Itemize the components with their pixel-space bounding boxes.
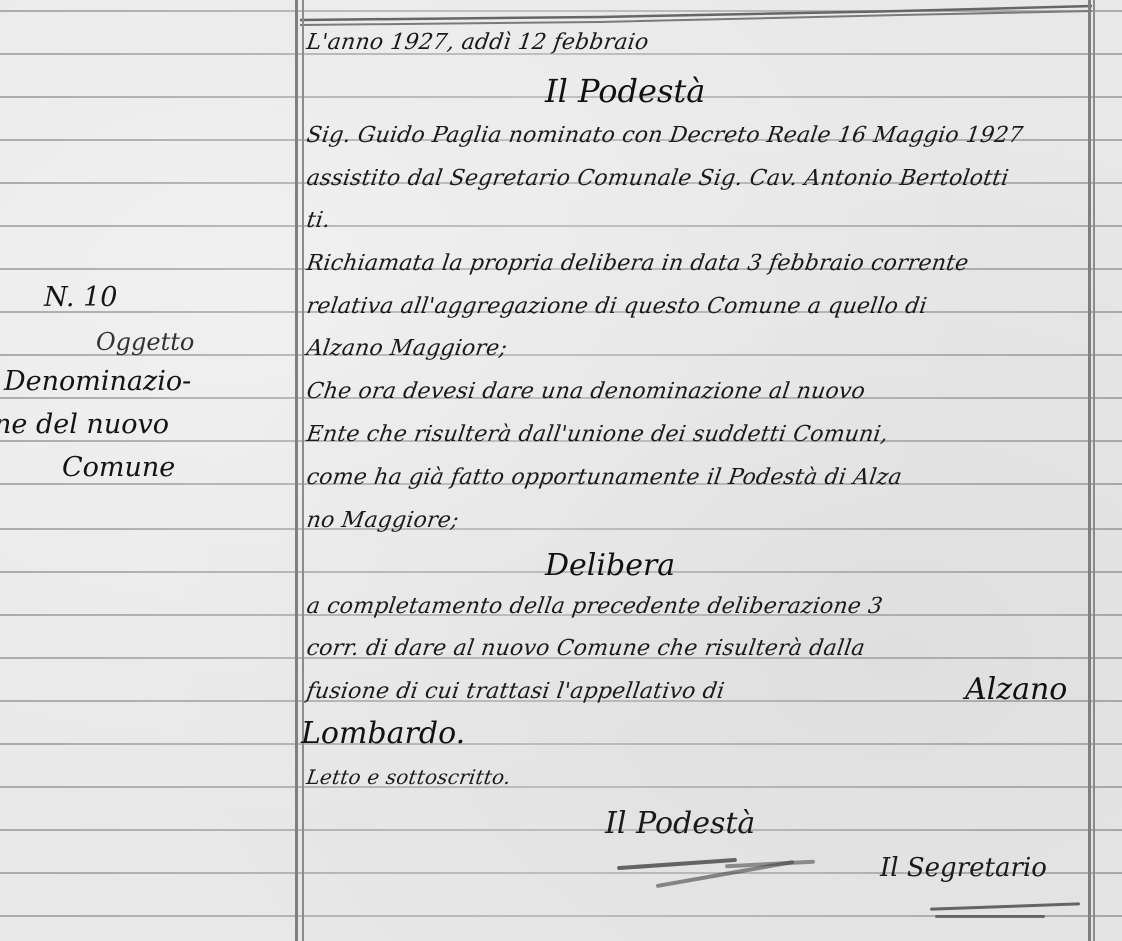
- secretary-signature-scrawl: [935, 915, 1045, 918]
- closing-formula: Letto e sottoscritto.: [305, 765, 512, 789]
- body-line: Sig. Guido Paglia nominato con Decreto R…: [305, 123, 1025, 148]
- resolution-heading: Delibera: [545, 548, 675, 583]
- margin-column: N. 10 Oggetto Denominazio- ne del nuovo …: [0, 0, 296, 941]
- municipality-name-part1: Alzano: [965, 672, 1067, 707]
- body-line: Che ora devesi dare una denominazione al…: [305, 379, 867, 404]
- resolution-line: a completamento della precedente deliber…: [305, 594, 884, 619]
- body-line: ti.: [305, 208, 332, 233]
- mayor-title: Il Podestà: [605, 806, 755, 841]
- resolution-line: corr. di dare al nuovo Comune che risult…: [305, 636, 866, 661]
- body-line: Ente che risulterà dall'unione dei sudde…: [305, 422, 890, 447]
- body-line: no Maggiore;: [305, 508, 460, 533]
- municipality-name-part2: Lombardo.: [301, 716, 465, 751]
- heading-podesta: Il Podestà: [545, 72, 705, 110]
- body-column: L'anno 1927, addì 12 febbraio Il Podestà…: [305, 0, 1087, 941]
- body-line: assistito dal Segretario Comunale Sig. C…: [305, 166, 1010, 191]
- entry-number: N. 10: [44, 282, 117, 313]
- body-line: Alzano Maggiore;: [305, 336, 509, 361]
- margin-border-line-inner: [302, 0, 304, 941]
- mayor-signature-scrawl: [617, 858, 737, 870]
- body-line: Richiamata la propria delibera in data 3…: [305, 251, 970, 276]
- right-border-line-inner: [1093, 0, 1095, 941]
- subject-line: ne del nuovo: [0, 403, 296, 446]
- right-border-line: [1088, 0, 1091, 941]
- date-line: L'anno 1927, addì 12 febbraio: [305, 30, 650, 55]
- subject-line: Denominazio-: [0, 360, 296, 403]
- secretary-signature-scrawl: [930, 902, 1080, 910]
- subject-label: Oggetto: [96, 328, 194, 356]
- register-page: N. 10 Oggetto Denominazio- ne del nuovo …: [0, 0, 1122, 941]
- subject-text: Denominazio- ne del nuovo Comune: [0, 360, 296, 489]
- secretary-title: Il Segretario: [880, 853, 1047, 883]
- resolution-line: fusione di cui trattasi l'appellativo di: [305, 679, 726, 704]
- body-line: relativa all'aggregazione di questo Comu…: [305, 294, 929, 319]
- subject-line: Comune: [0, 446, 296, 489]
- body-line: come ha già fatto opportunamente il Pode…: [305, 465, 904, 490]
